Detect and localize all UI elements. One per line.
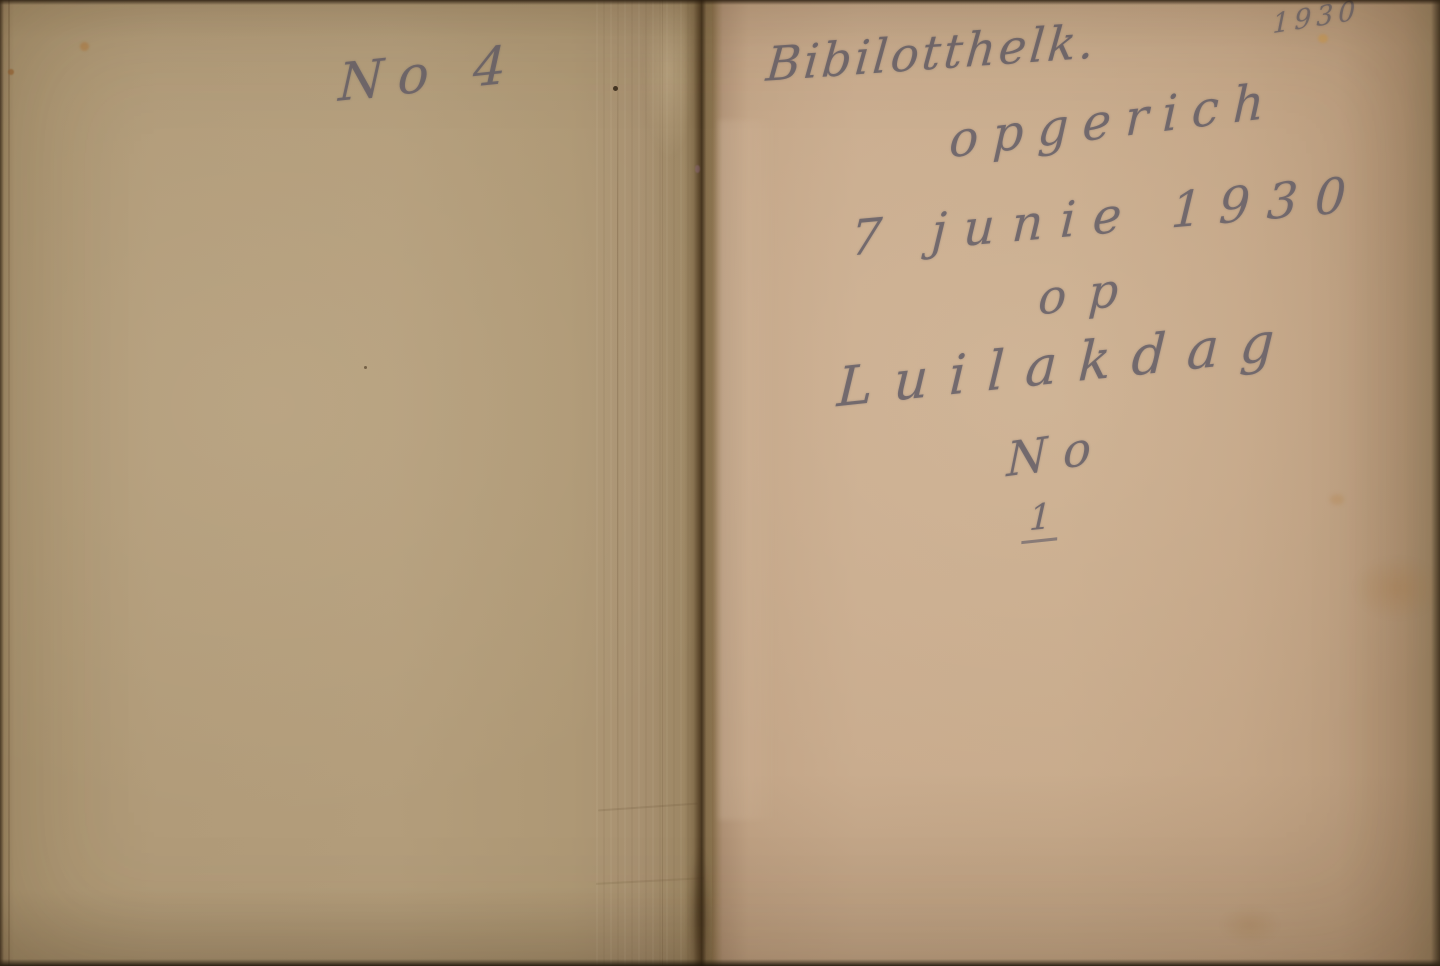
paper-speck (695, 165, 700, 173)
scan-edge-right (1431, 0, 1440, 966)
cover-turnin-edge (8, 0, 10, 966)
paper-stain (1352, 556, 1440, 620)
book-endpaper-scan: No 4 1930 Bibilotthelk. opgerich 7 junie… (0, 0, 1440, 966)
scan-edge-top (0, 0, 1440, 5)
paper-speck (364, 366, 367, 369)
scan-edge-left (0, 0, 4, 966)
paper-stain (1220, 905, 1280, 945)
fold-bottom-shadow (678, 840, 722, 966)
page-curvature-highlight (718, 120, 778, 820)
scan-edge-bottom (0, 959, 1440, 966)
paper-stain (1330, 494, 1344, 505)
paper-speck (613, 86, 618, 91)
paper-stain (8, 69, 14, 75)
paper-stain (80, 42, 89, 51)
left-endpaper-page (0, 0, 712, 966)
right-endpaper-page (712, 0, 1440, 966)
crease-line (617, 60, 618, 840)
center-fold-crease (684, 0, 718, 966)
paper-stain (1318, 34, 1328, 43)
